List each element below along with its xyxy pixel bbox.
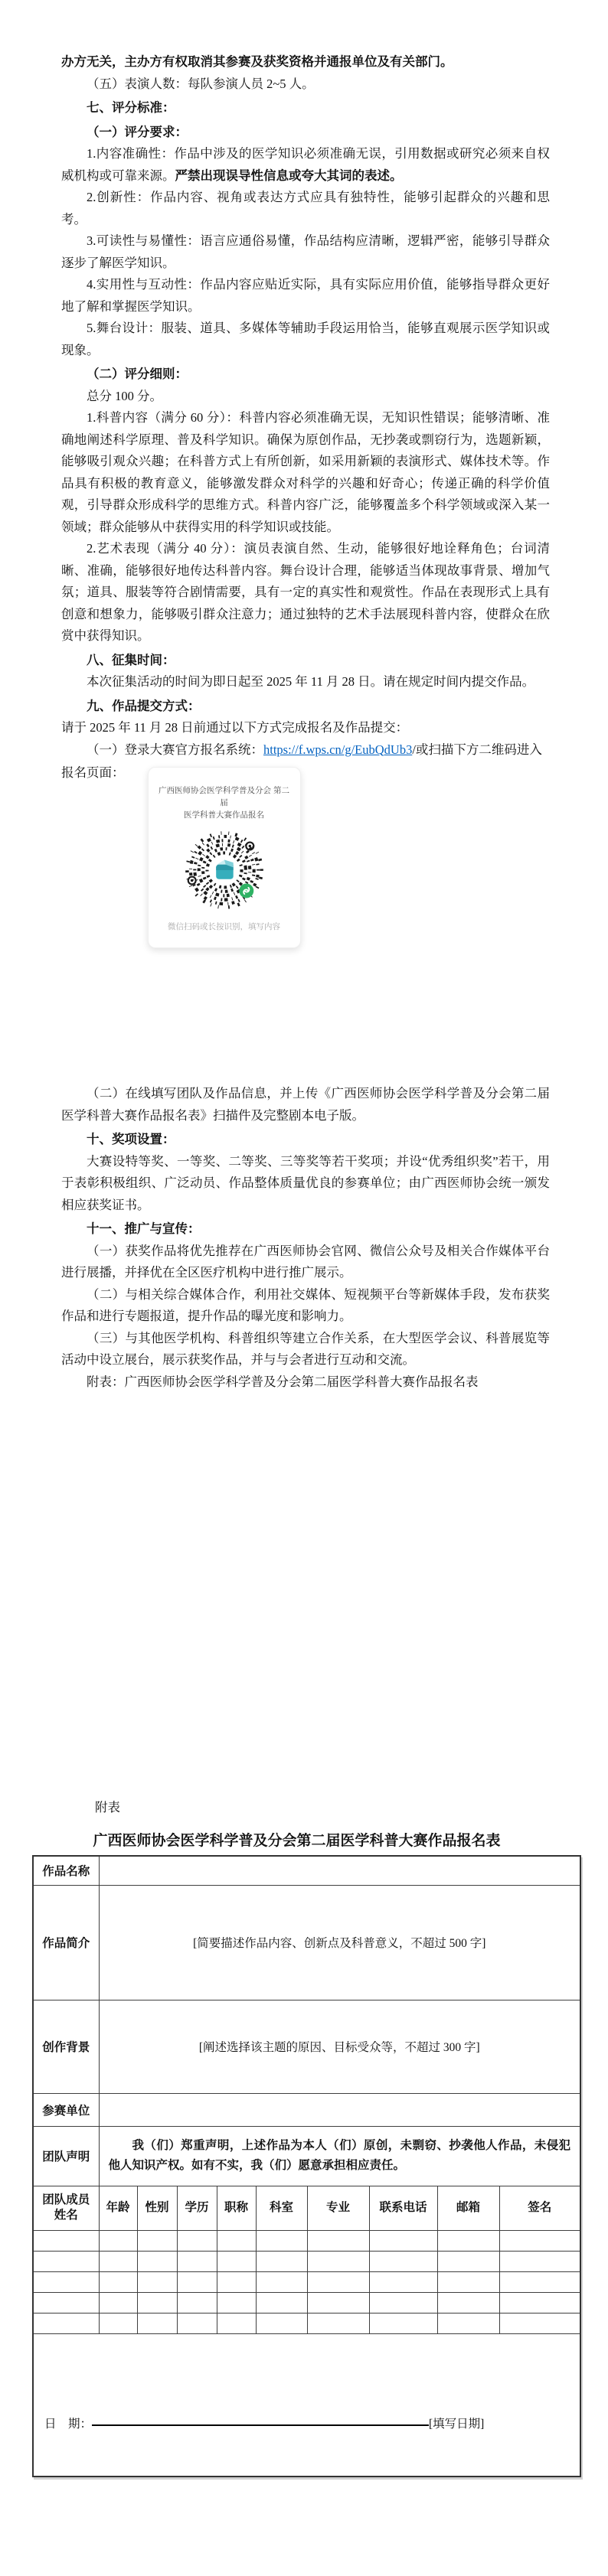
form-row: 团队声明我（们）郑重声明，上述作品为本人（们）原创，未剽窃、抄袭他人作品，未侵犯… <box>33 2126 580 2186</box>
section-heading: 办方无关，主办方有权取消其参赛及获奖资格并通报单位及有关部门。 <box>61 51 550 73</box>
text-run: （一）评分要求： <box>87 126 188 139</box>
section-heading: 十、奖项设置： <box>61 1129 550 1151</box>
form-row: 参赛单位 <box>33 2093 580 2126</box>
section-heading: 七、评分标准： <box>61 97 550 119</box>
form-row-label: 创作背景 <box>33 2000 99 2093</box>
member-header-cell: 签名 <box>499 2186 580 2230</box>
text-run: 七、评分标准： <box>87 101 175 115</box>
paragraph: 1.内容准确性：作品中涉及的医学知识必须准确无误，引用数据或研究必须来自权威机构… <box>61 143 550 187</box>
member-empty-cell[interactable] <box>177 2230 217 2251</box>
member-empty-cell[interactable] <box>99 2271 137 2292</box>
text-run: 九、作品提交方式： <box>87 699 201 713</box>
text-run: 十一、推广与宣传： <box>87 1222 201 1236</box>
form-row-label: 参赛单位 <box>33 2093 99 2126</box>
text-run: 请于 2025 年 11 月 28 日前通过以下方式完成报名及作品提交： <box>61 720 408 735</box>
paragraph: 5.舞台设计：服装、道具、多媒体等辅助手段运用恰当，能够直观展示医学知识或现象。 <box>61 318 550 361</box>
member-empty-cell[interactable] <box>499 2251 580 2271</box>
member-empty-cell[interactable] <box>137 2313 177 2333</box>
form-row-value[interactable]: [简要描述作品内容、创新点及科普意义，不超过 500 字] <box>99 1885 580 2000</box>
text-run: （三）与其他医学机构、科普组织等建立合作关系，在大型医学会议、科普展览等活动中设… <box>61 1331 550 1368</box>
wechat-link-icon <box>239 884 253 898</box>
registration-link[interactable]: https://f.wps.cn/g/EubQdUb3 <box>263 742 412 757</box>
member-header-cell: 科室 <box>256 2186 307 2230</box>
member-empty-row <box>33 2230 580 2251</box>
member-empty-cell[interactable] <box>33 2230 99 2251</box>
member-header-cell: 性别 <box>137 2186 177 2230</box>
member-empty-cell[interactable] <box>256 2313 307 2333</box>
member-header-cell: 联系电话 <box>369 2186 437 2230</box>
form-row-value[interactable] <box>99 2093 580 2126</box>
form-row-label: 作品名称 <box>33 1856 99 1885</box>
form-row-label: 团队声明 <box>33 2126 99 2186</box>
paragraph: 2.艺术表现（满分 40 分）：演员表演自然、生动，能够很好地诠释角色；台词清晰… <box>61 538 550 647</box>
member-empty-cell[interactable] <box>137 2271 177 2292</box>
form-row-value[interactable]: 我（们）郑重声明，上述作品为本人（们）原创，未剽窃、抄袭他人作品，未侵犯他人知识… <box>99 2126 580 2186</box>
bold-emphasis-text: 严禁出现误导性信息或夸大其词的表述。 <box>175 169 403 183</box>
date-label: 日 期： <box>44 2418 92 2431</box>
form-row-label: 作品简介 <box>33 1885 99 2000</box>
member-empty-cell[interactable] <box>177 2251 217 2271</box>
qr-registration-card: 广西医师协会医学科学普及分会 第二届 医学科普大赛作品报名 <box>148 767 301 948</box>
notice-body: 办方无关，主办方有权取消其参赛及获奖资格并通报单位及有关部门。（五）表演人数：每… <box>61 49 550 1393</box>
member-empty-cell[interactable] <box>177 2292 217 2313</box>
member-empty-cell[interactable] <box>369 2292 437 2313</box>
qr-registration-row: 报名页面： 广西医师协会医学科学普及分会 第二届 医学科普大赛作品报名 <box>61 762 550 948</box>
text-run: 办方无关，主办方有权取消其参赛及获奖资格并通报单位及有关部门。 <box>61 55 453 69</box>
text-run: 附表：广西医师协会医学科学普及分会第二届医学科普大赛作品报名表 <box>87 1374 479 1389</box>
member-empty-cell[interactable] <box>256 2251 307 2271</box>
paragraph: 大赛设特等奖、一等奖、二等奖、三等奖等若干奖项；并设“优秀组织奖”若干，用于表彰… <box>61 1151 550 1217</box>
member-empty-cell[interactable] <box>437 2313 499 2333</box>
text-run: 5.舞台设计：服装、道具、多媒体等辅助手段运用恰当，能够直观展示医学知识或现象。 <box>61 321 550 357</box>
paragraph: 2.创新性：作品内容、视角或表达方式应具有独特性，能够引起群众的兴趣和思考。 <box>61 187 550 230</box>
paragraph: （一）获奖作品将优先推荐在广西医师协会官网、微信公众号及相关合作媒体平台进行展播… <box>61 1241 550 1284</box>
paragraph: （二）与相关综合媒体合作，利用社交媒体、短视频平台等新媒体手段，发布获奖作品和进… <box>61 1284 550 1328</box>
member-header-cell: 专业 <box>307 2186 369 2230</box>
form-row: 作品简介[简要描述作品内容、创新点及科普意义，不超过 500 字] <box>33 1885 580 2000</box>
qr-code <box>183 829 266 911</box>
paragraph: 本次征集活动的时间为即日起至 2025 年 11 月 28 日。请在规定时间内提… <box>61 671 550 693</box>
member-empty-cell[interactable] <box>99 2292 137 2313</box>
section-heading: 九、作品提交方式： <box>61 696 550 718</box>
text-run: 本次征集活动的时间为即日起至 2025 年 11 月 28 日。请在规定时间内提… <box>87 674 534 689</box>
member-empty-cell[interactable] <box>307 2251 369 2271</box>
text-run: 4.实用性与互动性：作品内容应贴近实际，具有实际应用价值，能够指导群众更好地了解… <box>61 277 550 314</box>
member-empty-cell[interactable] <box>137 2251 177 2271</box>
member-empty-cell[interactable] <box>256 2271 307 2292</box>
text-run: 1.科普内容（满分 60 分）：科普内容必须准确无误，无知识性错误；能够清晰、准… <box>61 410 550 534</box>
paragraph: 请于 2025 年 11 月 28 日前通过以下方式完成报名及作品提交： <box>61 717 550 739</box>
paragraph: 附表：广西医师协会医学科学普及分会第二届医学科普大赛作品报名表 <box>61 1371 550 1394</box>
member-empty-cell[interactable] <box>256 2230 307 2251</box>
qr-scan-caption: 微信扫码或长按识别，填写内容 <box>156 921 293 932</box>
text-run: 总分 100 分。 <box>87 389 162 403</box>
text-run: 大赛设特等奖、一等奖、二等奖、三等奖等若干奖项；并设“优秀组织奖”若干，用于表彰… <box>61 1154 550 1212</box>
registration-form-table: 作品名称作品简介[简要描述作品内容、创新点及科普意义，不超过 500 字]创作背… <box>32 1855 581 2477</box>
section-heading: 八、征集时间： <box>61 650 550 672</box>
attachment-label: 附表 <box>95 1797 120 1815</box>
form-title: 广西医师协会医学科学普及分会第二届医学科普大赛作品报名表 <box>23 1829 570 1850</box>
member-empty-cell[interactable] <box>33 2271 99 2292</box>
date-placeholder: [填写日期] <box>429 2418 484 2431</box>
member-empty-cell[interactable] <box>499 2271 580 2292</box>
member-empty-cell[interactable] <box>369 2313 437 2333</box>
paragraph: 总分 100 分。 <box>61 386 550 408</box>
member-empty-row <box>33 2251 580 2271</box>
member-empty-row <box>33 2292 580 2313</box>
form-row: 作品名称 <box>33 1856 580 1885</box>
text-run: 3.可读性与易懂性：语言应通俗易懂，作品结构应清晰，逻辑严密，能够引导群众逐步了… <box>61 233 550 270</box>
member-empty-cell[interactable] <box>33 2251 99 2271</box>
qr-card-title-line1: 广西医师协会医学科学普及分会 第二届 <box>156 784 293 809</box>
member-empty-cell[interactable] <box>256 2292 307 2313</box>
paragraph: （二）在线填写团队及作品信息，并上传《广西医师协会医学科学普及分会第二届医学科普… <box>61 1083 550 1127</box>
member-empty-cell[interactable] <box>217 2251 256 2271</box>
member-empty-cell[interactable] <box>33 2313 99 2333</box>
member-empty-cell[interactable] <box>437 2292 499 2313</box>
member-empty-cell[interactable] <box>137 2230 177 2251</box>
date-row: 日 期：[填写日期] <box>33 2333 580 2477</box>
member-empty-cell[interactable] <box>217 2230 256 2251</box>
document-page: { "notice": { "paragraphs_a": [ {"hei":t… <box>0 0 608 2576</box>
form-row-value[interactable] <box>99 1856 580 1885</box>
form-row: 创作背景[阐述选择该主题的原因、目标受众等，不超过 300 字] <box>33 2000 580 2093</box>
member-header-cell: 团队成员 姓名 <box>33 2186 99 2230</box>
member-empty-cell[interactable] <box>369 2271 437 2292</box>
text-run: （一）登录大赛官方报名系统： <box>87 742 263 757</box>
member-empty-cell[interactable] <box>217 2271 256 2292</box>
text-run: （二）评分细则： <box>87 367 188 381</box>
member-header-cell: 职称 <box>217 2186 256 2230</box>
member-empty-cell[interactable] <box>499 2292 580 2313</box>
member-empty-cell[interactable] <box>137 2292 177 2313</box>
date-cell: 日 期：[填写日期] <box>33 2333 580 2477</box>
paragraph: 1.科普内容（满分 60 分）：科普内容必须准确无误，无知识性错误；能够清晰、准… <box>61 407 550 538</box>
notice-paragraphs-bottom: （二）在线填写团队及作品信息，并上传《广西医师协会医学科学普及分会第二届医学科普… <box>61 1083 550 1393</box>
member-empty-cell[interactable] <box>307 2313 369 2333</box>
paragraph: （三）与其他医学机构、科普组织等建立合作关系，在大型医学会议、科普展览等活动中设… <box>61 1328 550 1371</box>
paragraph: （一）登录大赛官方报名系统：https://f.wps.cn/g/EubQdUb… <box>61 739 550 761</box>
member-empty-cell[interactable] <box>99 2230 137 2251</box>
member-empty-cell[interactable] <box>99 2313 137 2333</box>
member-empty-row <box>33 2313 580 2333</box>
member-empty-cell[interactable] <box>217 2292 256 2313</box>
section-heading: （一）评分要求： <box>61 122 550 144</box>
member-header-cell: 学历 <box>177 2186 217 2230</box>
qr-row-label: 报名页面： <box>61 762 125 784</box>
member-empty-cell[interactable] <box>33 2292 99 2313</box>
member-empty-cell[interactable] <box>437 2271 499 2292</box>
text-run: 十、奖项设置： <box>87 1133 175 1146</box>
member-empty-cell[interactable] <box>307 2292 369 2313</box>
member-header-cell: 年龄 <box>99 2186 137 2230</box>
text-run: 八、征集时间： <box>87 654 175 667</box>
text-run: 2.创新性：作品内容、视角或表达方式应具有独特性，能够引起群众的兴趣和思考。 <box>61 190 550 227</box>
member-empty-cell[interactable] <box>437 2251 499 2271</box>
member-empty-cell[interactable] <box>177 2313 217 2333</box>
member-empty-row <box>33 2271 580 2292</box>
paragraph: 3.可读性与易懂性：语言应通俗易懂，作品结构应清晰，逻辑严密，能够引导群众逐步了… <box>61 230 550 274</box>
member-empty-cell[interactable] <box>307 2230 369 2251</box>
text-run: （五）表演人数：每队参演人员 2~5 人。 <box>87 77 315 91</box>
notice-paragraphs-top: 办方无关，主办方有权取消其参赛及获奖资格并通报单位及有关部门。（五）表演人数：每… <box>61 51 550 761</box>
member-empty-cell[interactable] <box>99 2251 137 2271</box>
form-row-value[interactable]: [阐述选择该主题的原因、目标受众等，不超过 300 字] <box>99 2000 580 2093</box>
member-header-row: 团队成员 姓名年龄性别学历职称科室专业联系电话邮箱签名 <box>33 2186 580 2230</box>
member-empty-cell[interactable] <box>307 2271 369 2292</box>
member-empty-cell[interactable] <box>177 2271 217 2292</box>
text-run: 2.艺术表现（满分 40 分）：演员表演自然、生动，能够很好地诠释角色；台词清晰… <box>61 541 550 643</box>
paragraph: 4.实用性与互动性：作品内容应贴近实际，具有实际应用价值，能够指导群众更好地了解… <box>61 274 550 318</box>
member-empty-cell[interactable] <box>217 2313 256 2333</box>
text-run: /或扫描下方二维码进入 <box>412 742 542 757</box>
text-run: （一）获奖作品将优先推荐在广西医师协会官网、微信公众号及相关合作媒体平台进行展播… <box>61 1244 550 1280</box>
date-fill-line[interactable] <box>92 2421 429 2426</box>
member-header-cell: 邮箱 <box>437 2186 499 2230</box>
paragraph: （五）表演人数：每队参演人员 2~5 人。 <box>61 73 550 96</box>
member-empty-cell[interactable] <box>499 2230 580 2251</box>
text-run: （二）与相关综合媒体合作，利用社交媒体、短视频平台等新媒体手段，发布获奖作品和进… <box>61 1287 550 1324</box>
member-empty-cell[interactable] <box>369 2230 437 2251</box>
qr-card-title-line2: 医学科普大赛作品报名 <box>156 809 293 821</box>
member-empty-cell[interactable] <box>369 2251 437 2271</box>
member-empty-cell[interactable] <box>437 2230 499 2251</box>
section-heading: （二）评分细则： <box>61 364 550 386</box>
text-run: （二）在线填写团队及作品信息，并上传《广西医师协会医学科学普及分会第二届医学科普… <box>61 1086 550 1123</box>
member-empty-cell[interactable] <box>499 2313 580 2333</box>
section-heading: 十一、推广与宣传： <box>61 1218 550 1241</box>
